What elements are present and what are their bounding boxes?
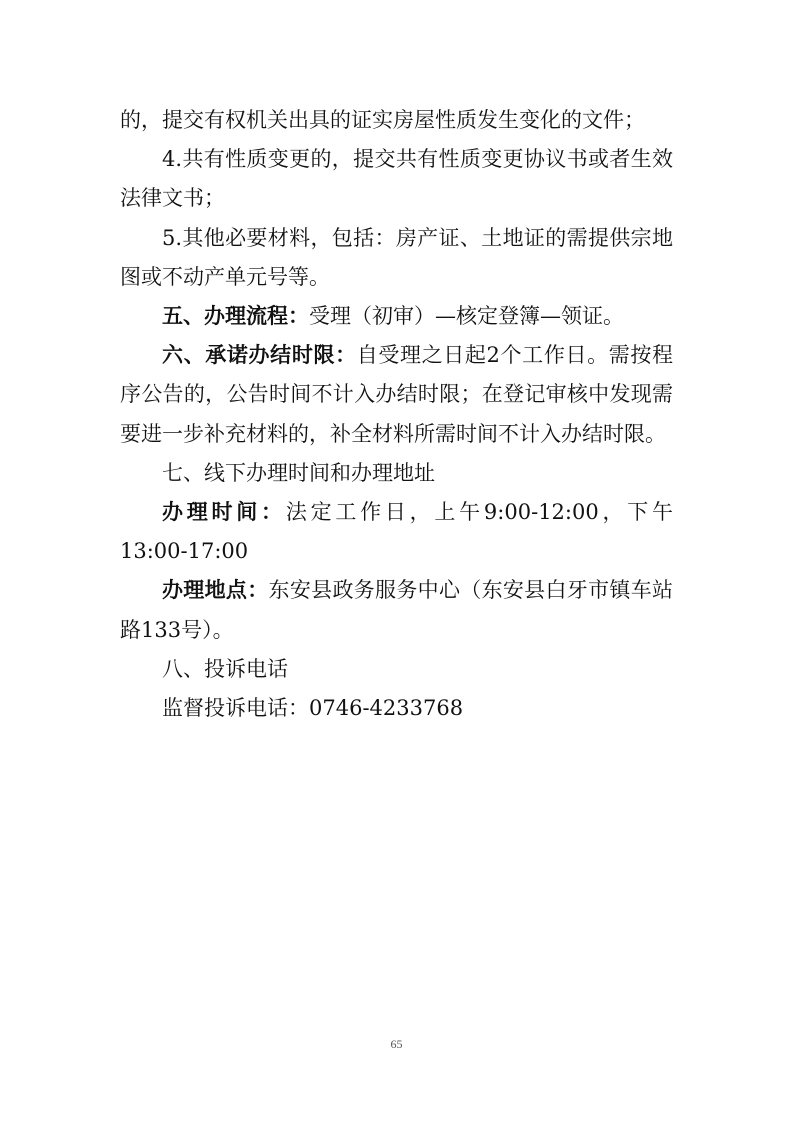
section-heading-complaint: 八、投诉电话 bbox=[120, 650, 673, 689]
complaint-phone-text: 监督投诉电话：0746-4233768 bbox=[162, 696, 463, 720]
paragraph-text: 4.共有性质变更的，提交共有性质变更协议书或者生效法律文书； bbox=[120, 147, 673, 210]
paragraph-item-5: 5.其他必要材料，包括：房产证、土地证的需提供宗地图或不动产单元号等。 bbox=[120, 219, 673, 297]
paragraph-text: 的，提交有权机关出具的证实房屋性质发生变化的文件； bbox=[120, 108, 645, 132]
section-heading: 七、线下办理时间和办理地址 bbox=[162, 461, 435, 485]
office-address-label: 办理地点： bbox=[162, 578, 269, 602]
section-time-limit: 六、承诺办结时限：自受理之日起2个工作日。需按程序公告的，公告时间不计入办结时限… bbox=[120, 336, 673, 454]
section-heading: 八、投诉电话 bbox=[162, 657, 288, 681]
paragraph-continuation: 的，提交有权机关出具的证实房屋性质发生变化的文件； bbox=[120, 101, 673, 140]
complaint-phone: 监督投诉电话：0746-4233768 bbox=[120, 689, 673, 728]
paragraph-text: 5.其他必要材料，包括：房产证、土地证的需提供宗地图或不动产单元号等。 bbox=[120, 226, 673, 289]
paragraph-item-4: 4.共有性质变更的，提交共有性质变更协议书或者生效法律文书； bbox=[120, 140, 673, 218]
section-process: 五、办理流程：受理（初审）—核定登簿—领证。 bbox=[120, 297, 673, 336]
office-address: 办理地点：东安县政务服务中心（东安县白牙市镇车站路133号）。 bbox=[120, 571, 673, 649]
page-number: 65 bbox=[0, 1037, 793, 1052]
office-hours: 办理时间：法定工作日，上午9:00-12:00，下午13:00-17:00 bbox=[120, 493, 673, 571]
section-heading-offline: 七、线下办理时间和办理地址 bbox=[120, 454, 673, 493]
office-hours-label: 办理时间： bbox=[162, 500, 286, 524]
document-page: 的，提交有权机关出具的证实房屋性质发生变化的文件； 4.共有性质变更的，提交共有… bbox=[0, 0, 793, 1122]
section-label: 五、办理流程： bbox=[162, 304, 309, 328]
section-label: 六、承诺办结时限： bbox=[162, 343, 357, 367]
section-text: 受理（初审）—核定登簿—领证。 bbox=[309, 304, 624, 328]
document-body: 的，提交有权机关出具的证实房屋性质发生变化的文件； 4.共有性质变更的，提交共有… bbox=[120, 101, 673, 728]
